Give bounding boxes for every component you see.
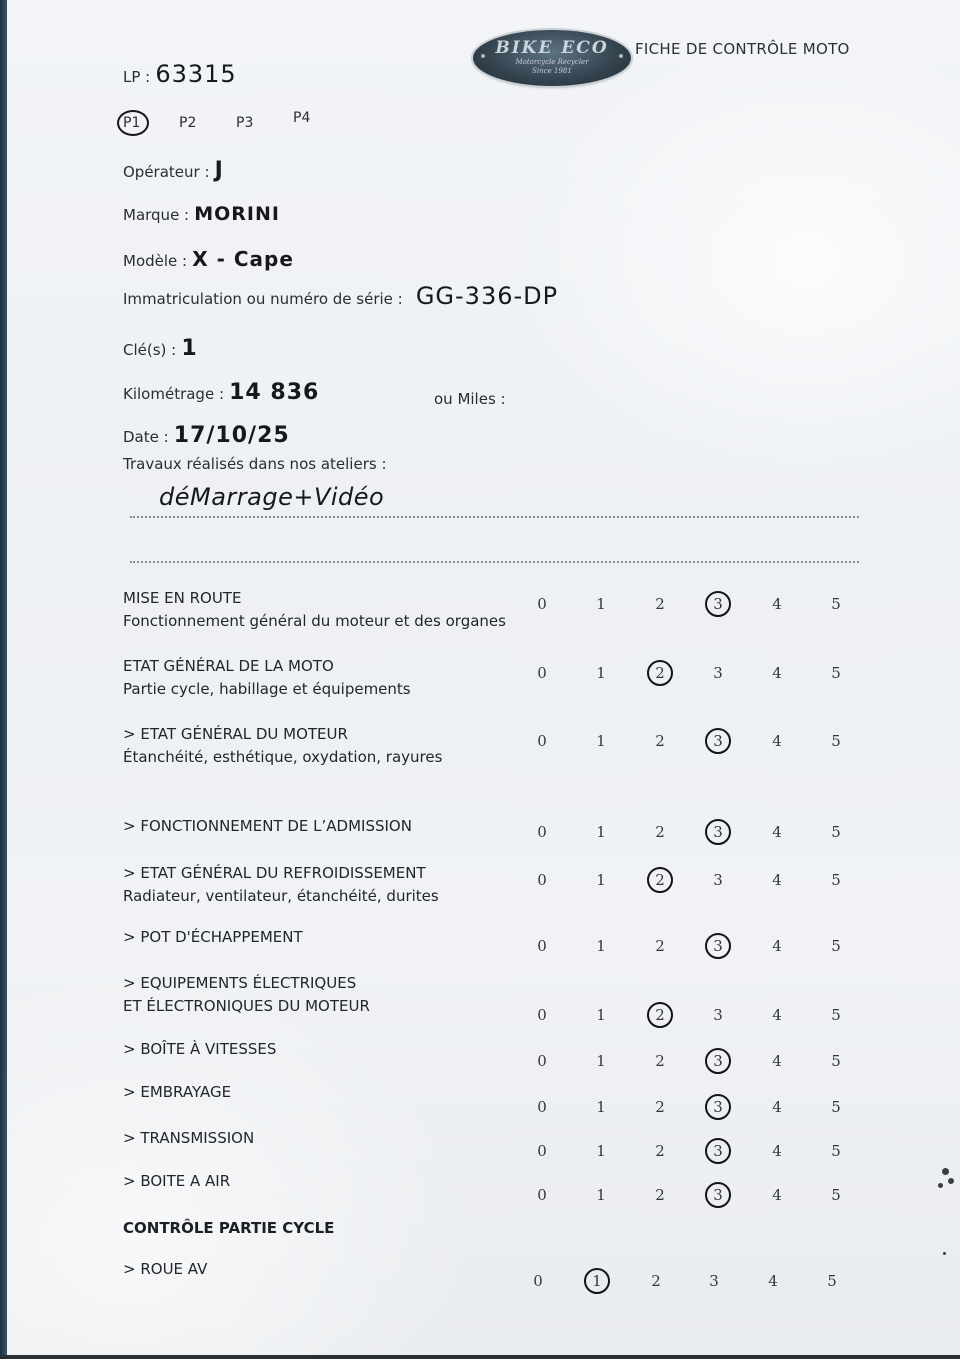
- rating-option-1[interactable]: 1: [591, 1142, 611, 1160]
- rating-option-4[interactable]: 4: [767, 823, 787, 841]
- rating-option-2[interactable]: 2: [646, 1272, 666, 1290]
- model-label: Modèle :: [123, 252, 187, 270]
- keys-field: Clé(s) : 1: [123, 336, 198, 361]
- date-field: Date : 17/10/25: [123, 423, 290, 448]
- work-line-1[interactable]: déMarrage+Vidéo: [159, 483, 384, 511]
- rating-option-2[interactable]: 2: [650, 871, 670, 889]
- rating-option-2[interactable]: 2: [650, 1142, 670, 1160]
- rating-option-4[interactable]: 4: [763, 1272, 783, 1290]
- rating-option-0[interactable]: 0: [532, 937, 552, 955]
- logo-subtitle: Motorcycle Recycler: [473, 58, 631, 67]
- rating-option-2[interactable]: 2: [650, 595, 670, 613]
- operator-value[interactable]: J: [215, 158, 224, 183]
- rating-option-2[interactable]: 2: [650, 1098, 670, 1116]
- page-edge-shadow: [0, 0, 7, 1359]
- rating-option-2[interactable]: 2: [650, 664, 670, 682]
- rating-option-0[interactable]: 0: [532, 1006, 552, 1024]
- page-bottom-edge: [0, 1355, 960, 1359]
- miles-field: ou Miles :: [434, 385, 506, 409]
- rating-option-4[interactable]: 4: [767, 937, 787, 955]
- check-title: MISE EN ROUTE: [123, 589, 241, 607]
- check-title: > ETAT GÉNÉRAL DU MOTEUR: [123, 725, 348, 743]
- check-title: > ROUE AV: [123, 1260, 207, 1278]
- rating-option-5[interactable]: 5: [826, 595, 846, 613]
- rating-option-0[interactable]: 0: [532, 1142, 552, 1160]
- model-field: Modèle : X - Cape: [123, 247, 294, 271]
- lp-label: LP :: [123, 68, 150, 86]
- check-title: > BOITE A AIR: [123, 1172, 230, 1190]
- rating-option-3[interactable]: 3: [708, 937, 728, 955]
- rating-option-3[interactable]: 3: [708, 1006, 728, 1024]
- rating-option-0[interactable]: 0: [532, 1186, 552, 1204]
- rating-option-0[interactable]: 0: [532, 595, 552, 613]
- mileage-label: Kilométrage :: [123, 385, 224, 403]
- rating-option-3[interactable]: 3: [708, 871, 728, 889]
- rating-option-3[interactable]: 3: [708, 1098, 728, 1116]
- rating-option-1[interactable]: 1: [587, 1272, 607, 1290]
- date-label: Date :: [123, 428, 169, 446]
- date-value[interactable]: 17/10/25: [174, 423, 290, 448]
- work-line-1-dotted: [130, 516, 859, 518]
- rating-option-5[interactable]: 5: [826, 664, 846, 682]
- rating-option-0[interactable]: 0: [528, 1272, 548, 1290]
- rivet-icon: [619, 54, 623, 58]
- rating-option-5[interactable]: 5: [826, 823, 846, 841]
- work-line-2-dotted: [130, 561, 859, 563]
- rating-option-4[interactable]: 4: [767, 1006, 787, 1024]
- rating-option-2[interactable]: 2: [650, 1006, 670, 1024]
- rating-option-2[interactable]: 2: [650, 1186, 670, 1204]
- cycle-section-heading: CONTRÔLE PARTIE CYCLE: [123, 1219, 334, 1237]
- rating-option-1[interactable]: 1: [591, 1052, 611, 1070]
- ink-stain: [938, 1183, 943, 1188]
- rating-option-5[interactable]: 5: [826, 937, 846, 955]
- rivet-icon: [481, 54, 485, 58]
- rating-option-0[interactable]: 0: [532, 1098, 552, 1116]
- work-label: Travaux réalisés dans nos ateliers :: [123, 455, 387, 473]
- rating-option-3[interactable]: 3: [704, 1272, 724, 1290]
- rating-option-4[interactable]: 4: [767, 1052, 787, 1070]
- check-title: ETAT GÉNÉRAL DE LA MOTO: [123, 657, 334, 675]
- rating-option-2[interactable]: 2: [650, 823, 670, 841]
- registration-field: Immatriculation ou numéro de série : GG-…: [123, 282, 558, 310]
- rating-option-1[interactable]: 1: [591, 823, 611, 841]
- rating-option-5[interactable]: 5: [826, 871, 846, 889]
- rating-option-4[interactable]: 4: [767, 1098, 787, 1116]
- model-value[interactable]: X - Cape: [192, 247, 294, 271]
- check-subtitle: Étanchéité, esthétique, oxydation, rayur…: [123, 748, 442, 766]
- rating-option-4[interactable]: 4: [767, 871, 787, 889]
- miles-label: ou Miles :: [434, 390, 506, 408]
- check-title: > FONCTIONNEMENT DE L’ADMISSION: [123, 817, 412, 835]
- rating-option-3[interactable]: 3: [708, 1142, 728, 1160]
- registration-value[interactable]: GG-336-DP: [416, 282, 558, 310]
- rating-option-0[interactable]: 0: [532, 732, 552, 750]
- rating-option-4[interactable]: 4: [767, 664, 787, 682]
- brand-label: Marque :: [123, 206, 189, 224]
- rating-option-0[interactable]: 0: [532, 871, 552, 889]
- rating-option-5[interactable]: 5: [826, 732, 846, 750]
- rating-option-3[interactable]: 3: [708, 1052, 728, 1070]
- rating-option-1[interactable]: 1: [591, 1006, 611, 1024]
- rating-option-1[interactable]: 1: [591, 664, 611, 682]
- position-option-p2[interactable]: P2: [179, 115, 196, 131]
- operator-field: Opérateur : J: [123, 158, 224, 183]
- operator-label: Opérateur :: [123, 163, 210, 181]
- registration-label: Immatriculation ou numéro de série :: [123, 290, 403, 308]
- rating-option-5[interactable]: 5: [826, 1006, 846, 1024]
- selection-circle-icon: [117, 110, 149, 136]
- check-title: > ETAT GÉNÉRAL DU REFROIDISSEMENT: [123, 864, 426, 882]
- lp-value[interactable]: 63315: [155, 60, 236, 88]
- check-title: > BOÎTE À VITESSES: [123, 1040, 276, 1058]
- rating-option-2[interactable]: 2: [650, 732, 670, 750]
- rating-option-3[interactable]: 3: [708, 1186, 728, 1204]
- rating-option-3[interactable]: 3: [708, 732, 728, 750]
- control-sheet: BIKE ECO Motorcycle Recycler Since 1981 …: [7, 0, 960, 1355]
- rating-option-2[interactable]: 2: [650, 1052, 670, 1070]
- check-title: > EQUIPEMENTS ÉLECTRIQUES: [123, 974, 356, 992]
- rating-option-5[interactable]: 5: [826, 1052, 846, 1070]
- rating-option-1[interactable]: 1: [591, 1098, 611, 1116]
- rating-option-1[interactable]: 1: [591, 937, 611, 955]
- rating-option-4[interactable]: 4: [767, 732, 787, 750]
- rating-option-5[interactable]: 5: [826, 1186, 846, 1204]
- rating-option-3[interactable]: 3: [708, 595, 728, 613]
- rating-option-1[interactable]: 1: [591, 1186, 611, 1204]
- check-title: > TRANSMISSION: [123, 1129, 254, 1147]
- rating-option-4[interactable]: 4: [767, 1186, 787, 1204]
- rating-option-4[interactable]: 4: [767, 595, 787, 613]
- check-title: > POT D'ÉCHAPPEMENT: [123, 928, 303, 946]
- check-subtitle: ET ÉLECTRONIQUES DU MOTEUR: [123, 997, 370, 1015]
- brand-value[interactable]: MORINI: [194, 203, 280, 225]
- rating-option-5[interactable]: 5: [826, 1142, 846, 1160]
- rating-option-5[interactable]: 5: [826, 1098, 846, 1116]
- bike-eco-logo: BIKE ECO Motorcycle Recycler Since 1981: [473, 30, 631, 86]
- mileage-field: Kilométrage : 14 836: [123, 380, 319, 405]
- ink-stain: [942, 1168, 949, 1175]
- ink-stain: [948, 1178, 954, 1184]
- brand-field: Marque : MORINI: [123, 203, 280, 225]
- rating-option-0[interactable]: 0: [532, 664, 552, 682]
- document-title: FICHE DE CONTRÔLE MOTO: [635, 40, 850, 58]
- rating-option-4[interactable]: 4: [767, 1142, 787, 1160]
- rating-option-2[interactable]: 2: [650, 937, 670, 955]
- rating-option-1[interactable]: 1: [591, 871, 611, 889]
- rating-option-0[interactable]: 0: [532, 1052, 552, 1070]
- position-option-p4[interactable]: P4: [293, 110, 310, 126]
- check-title: > EMBRAYAGE: [123, 1083, 231, 1101]
- rating-option-3[interactable]: 3: [708, 664, 728, 682]
- rating-option-0[interactable]: 0: [532, 823, 552, 841]
- rating-option-5[interactable]: 5: [822, 1272, 842, 1290]
- lp-field: LP : 63315: [123, 60, 237, 88]
- ink-stain: [943, 1252, 946, 1255]
- mileage-value[interactable]: 14 836: [229, 380, 319, 405]
- logo-subtitle: Since 1981: [473, 67, 631, 76]
- rating-option-1[interactable]: 1: [591, 732, 611, 750]
- rating-option-3[interactable]: 3: [708, 823, 728, 841]
- keys-label: Clé(s) :: [123, 341, 176, 359]
- check-subtitle: Partie cycle, habillage et équipements: [123, 680, 411, 698]
- keys-value[interactable]: 1: [181, 336, 197, 361]
- check-subtitle: Radiateur, ventilateur, étanchéité, duri…: [123, 887, 439, 905]
- check-subtitle: Fonctionnement général du moteur et des …: [123, 612, 506, 630]
- position-option-p3[interactable]: P3: [236, 115, 253, 131]
- rating-option-1[interactable]: 1: [591, 595, 611, 613]
- logo-title: BIKE ECO: [473, 38, 631, 58]
